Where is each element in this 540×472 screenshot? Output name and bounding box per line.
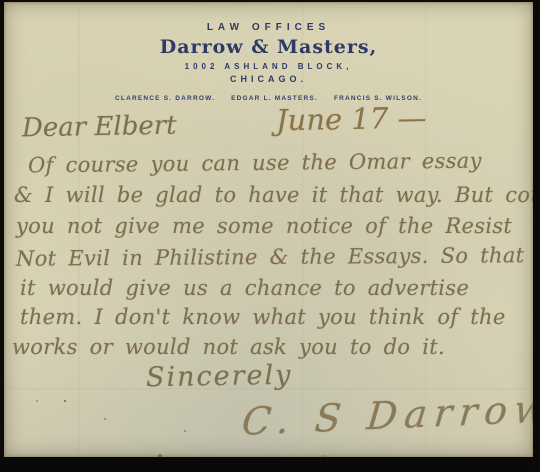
scan-backdrop-right-edge	[533, 0, 540, 472]
letter-paper: LAW OFFICES Darrow & Masters, 1002 ASHLA…	[4, 2, 533, 457]
scanned-letter-page: { "scan": { "background_color": "#0c0b09…	[0, 0, 540, 472]
body-line: Of course you can use the Omar essay	[28, 149, 482, 178]
ink-specks	[64, 400, 66, 402]
letterhead: LAW OFFICES Darrow & Masters, 1002 ASHLA…	[4, 22, 533, 102]
partner-name: CLARENCE S. DARROW.	[115, 95, 215, 102]
body-line: you not give me some notice of the Resis…	[16, 214, 512, 238]
body-line: Not Evil in Philistine & the Essays. So …	[16, 243, 525, 271]
partner-name: EDGAR L. MASTERS.	[231, 95, 318, 102]
letterhead-office-line: LAW OFFICES	[4, 22, 533, 33]
letter-date: June 17 —	[276, 101, 427, 138]
closing: Sincerely	[146, 360, 293, 394]
signature: C. S Darrow	[240, 386, 540, 444]
letterhead-city: CHICAGO.	[4, 74, 533, 84]
letterhead-firm-name: Darrow & Masters,	[4, 36, 533, 58]
body-line: works or would not ask you to do it.	[12, 335, 445, 359]
body-line: it would give us a chance to advertise	[20, 276, 469, 300]
scan-backdrop-bottom-edge	[0, 457, 540, 472]
body-line: & I will be glad to have it that way. Bu…	[14, 183, 540, 207]
salutation: Dear Elbert	[22, 111, 177, 144]
letterhead-address: 1002 ASHLAND BLOCK,	[4, 62, 533, 71]
letterhead-partners-row: CLARENCE S. DARROW. EDGAR L. MASTERS. FR…	[4, 95, 533, 102]
body-line: them. I don't know what you think of the	[20, 305, 506, 329]
